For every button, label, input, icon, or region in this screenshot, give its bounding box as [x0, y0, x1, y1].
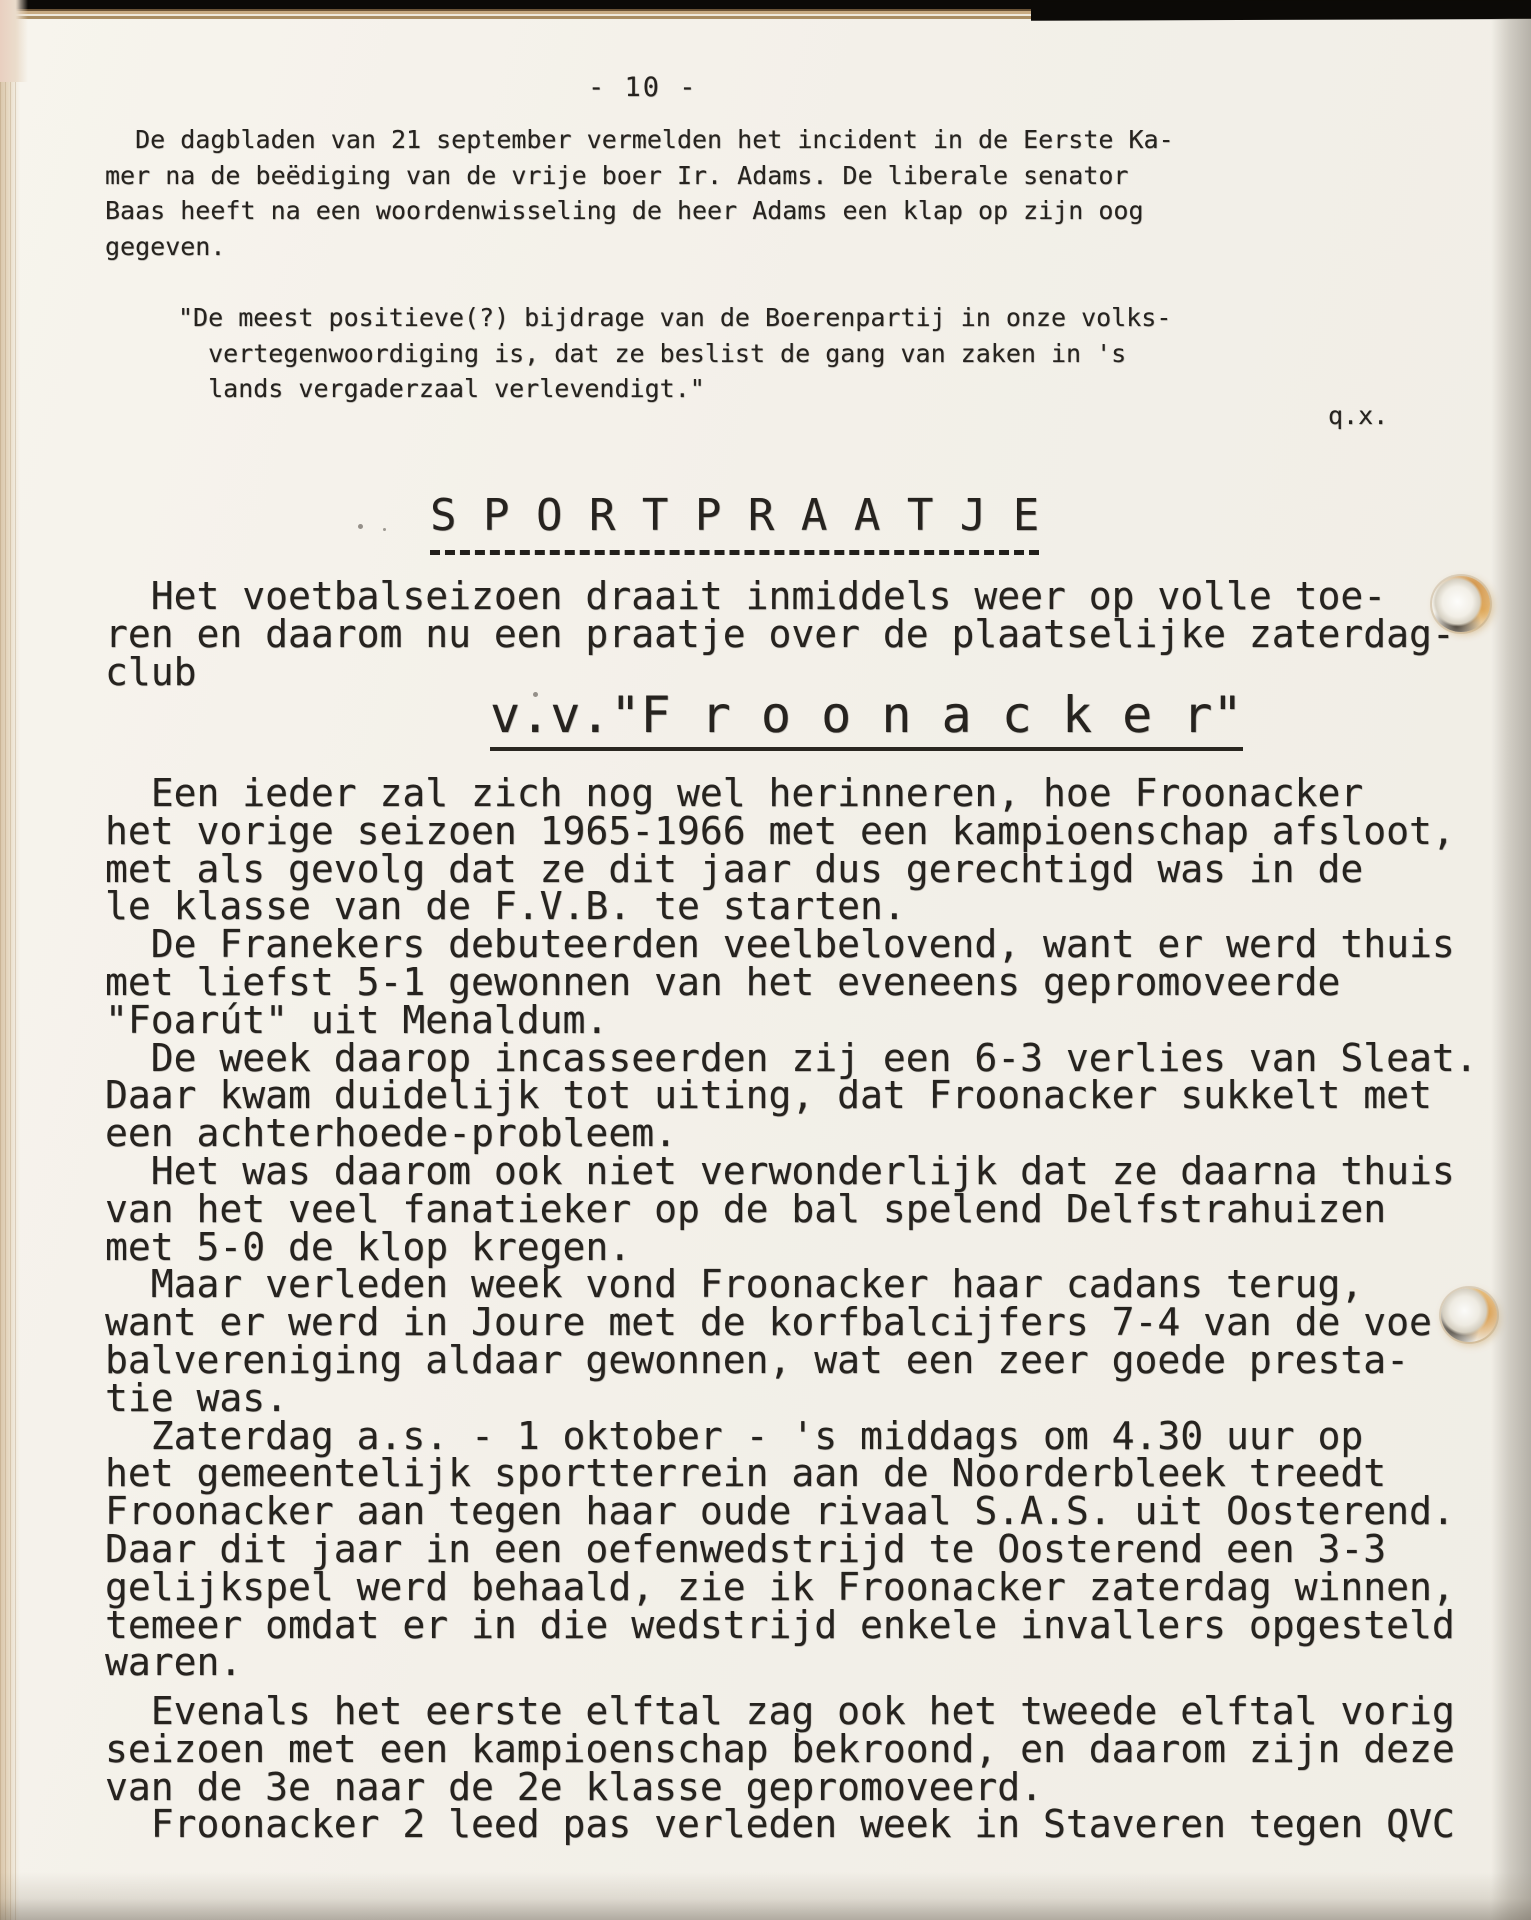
punch-hole-top: [1432, 576, 1490, 632]
page-top-edge-right: [1031, 0, 1531, 21]
sport-section-heading: S P O R T P R A A T J E: [430, 490, 1039, 555]
sport-lead-paragraph: Het voetbalseizoen draait inmiddels weer…: [105, 578, 1455, 691]
sport-body-paragraphs: Een ieder zal zich nog wel herinneren, h…: [105, 775, 1478, 1682]
scan-speck: [358, 524, 363, 529]
intro-paragraph: De dagbladen van 21 september vermelden …: [105, 122, 1174, 264]
page-bottom-edge: [0, 1872, 1531, 1920]
club-name-heading: v.v."F r o o n a c k e r": [490, 686, 1243, 751]
page-right-edge: [1491, 18, 1531, 1920]
page-left-edge: [0, 0, 20, 1920]
intro-quote: "De meest positieve(?) bijdrage van de B…: [178, 300, 1171, 407]
sport-closing-paragraphs: Evenals het eerste elftal zag ook het tw…: [105, 1693, 1455, 1844]
punch-hole-bottom: [1441, 1288, 1497, 1342]
page-corner-curl: [0, 0, 28, 82]
page-number: - 10 -: [588, 72, 698, 103]
intro-signature: q.x.: [1328, 398, 1388, 434]
scanned-page: - 10 - De dagbladen van 21 september ver…: [0, 0, 1531, 1920]
